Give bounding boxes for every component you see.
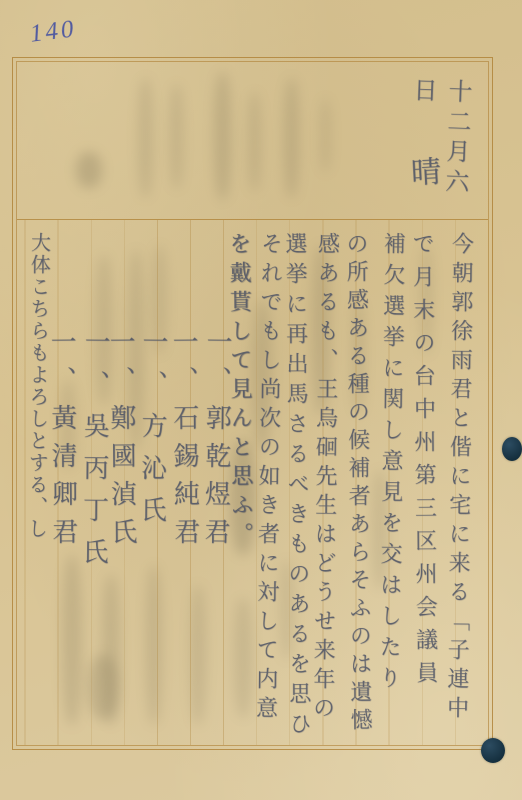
text-column: 補欠選挙に関し意見を交はしたり <box>373 232 408 697</box>
entry-body: 今朝郭徐雨君と偕に宅に来る「子連中 で月末の台中州第三区州会議員 補欠選挙に関し… <box>17 220 488 745</box>
ruled-frame: 十二月六日 晴 今朝郭徐雨君と偕に宅に来る「子連中 で月末の台中州第三区州会議員… <box>12 57 493 750</box>
text-column: の所感ある種の候補者あらそふのは遺憾 <box>340 232 374 736</box>
page-number: 140 <box>28 15 78 48</box>
text-column: 選挙に再出馬さるべきものあるを思ひ <box>279 232 313 742</box>
text-column: 今朝郭徐雨君と偕に宅に来る「子連中 <box>440 232 475 725</box>
list-item-column: 一、方沁氏 <box>136 328 168 538</box>
manuscript-page: 140 十二月六日 晴 今朝郭徐雨君と偕に宅に来る「子連中 <box>0 0 522 800</box>
text-column: で月末の台中州第三区州会議員 <box>406 232 440 694</box>
list-item-column: 一、吳丙丁氏 <box>78 328 111 580</box>
date-header: 十二月六日 晴 <box>17 62 488 220</box>
binding-hole-bottom <box>481 738 505 763</box>
list-item-column: 一、石錫純君 <box>168 328 200 556</box>
binding-hole-top <box>502 437 522 461</box>
date-text: 十二月六日 <box>402 77 477 220</box>
text-column: 大体こちらもよろしとする、し <box>21 232 54 540</box>
weather-text: 晴 <box>399 155 445 187</box>
list-item-column: 一、郭乾煜君 <box>200 328 232 556</box>
